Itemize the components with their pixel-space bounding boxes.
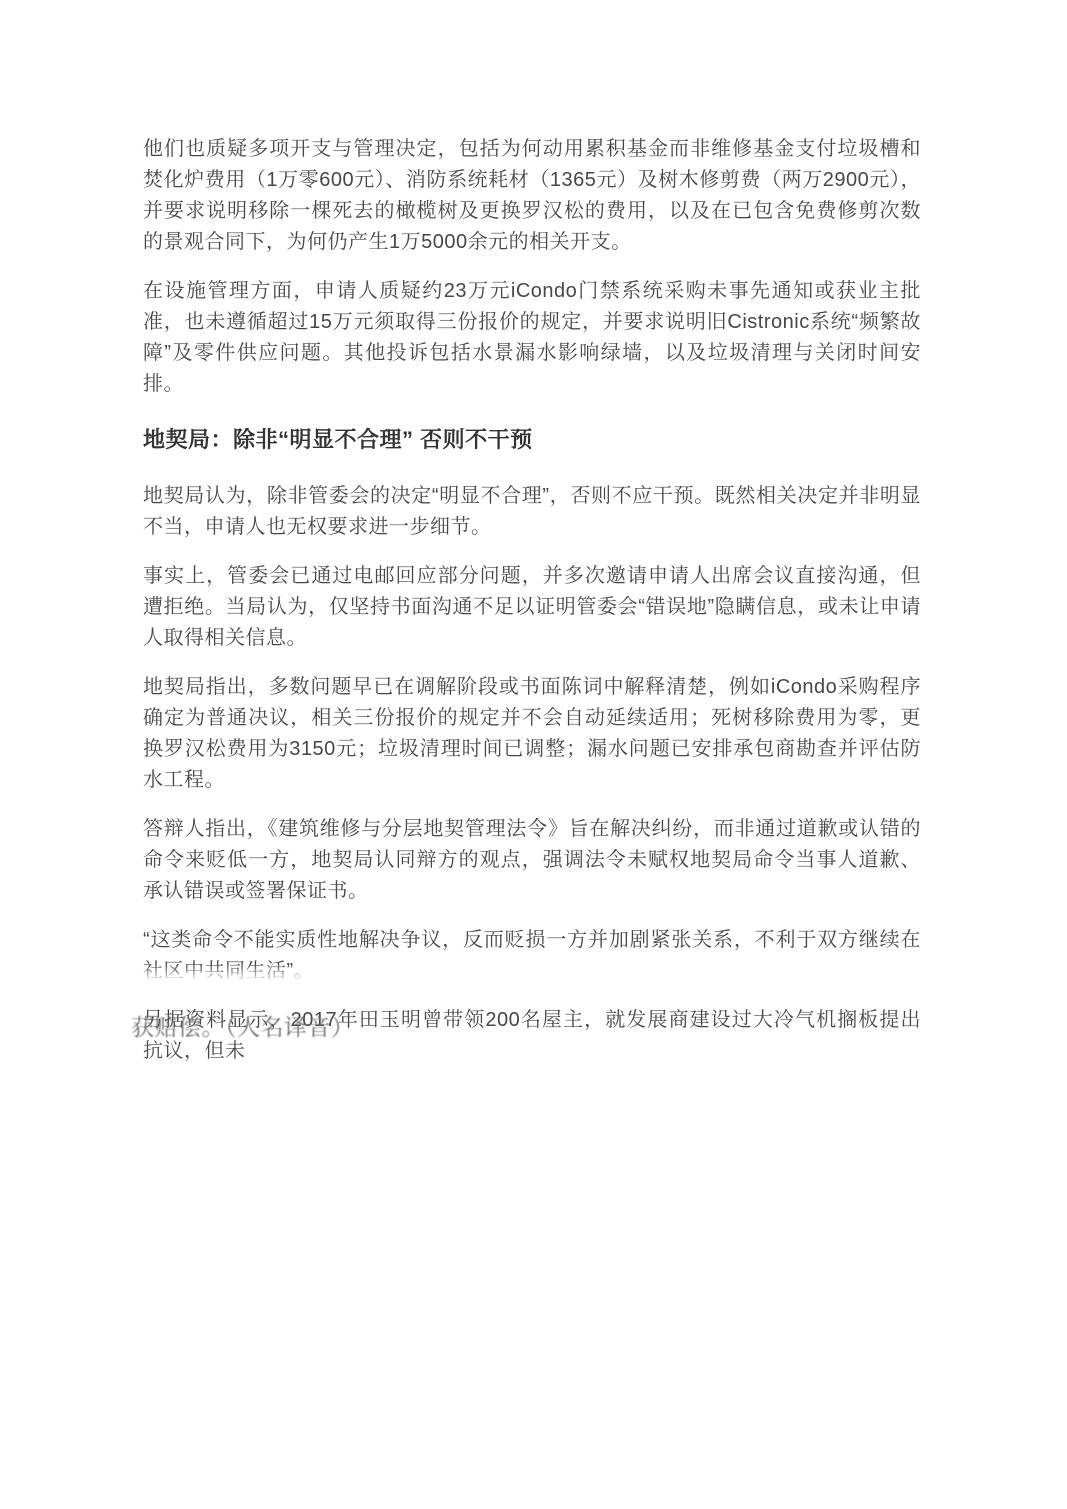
paragraph-expense-questions: 他们也质疑多项开支与管理决定，包括为何动用累积基金而非维修基金支付垃圾槽和焚化炉… — [143, 134, 921, 258]
article-page: 他们也质疑多项开支与管理决定，包括为何动用累积基金而非维修基金支付垃圾槽和焚化炉… — [0, 0, 1067, 1509]
paragraph-quote: “这类命令不能实质性地解决争议，反而贬损一方并加剧紧张关系，不利于双方继续在社区… — [143, 925, 921, 987]
paragraph-respondent-view: 答辩人指出，《建筑维修与分层地契管理法令》旨在解决纠纷，而非通过道歉或认错的命令… — [143, 814, 921, 907]
trailing-text: 获赔偿。（人名译音） — [131, 1010, 355, 1044]
paragraph-facility-management: 在设施管理方面，申请人质疑约23万元iCondo门禁系统采购未事先通知或获业主批… — [143, 276, 921, 400]
section-heading: 地契局：除非“明显不合理” 否则不干预 — [143, 424, 921, 455]
paragraph-clarifications: 地契局指出，多数问题早已在调解阶段或书面陈词中解释清楚，例如iCondo采购程序… — [143, 672, 921, 796]
article-content: 他们也质疑多项开支与管理决定，包括为何动用累积基金而非维修基金支付垃圾槽和焚化炉… — [143, 134, 921, 1085]
paragraph-authority-position: 地契局认为，除非管委会的决定“明显不合理”，否则不应干预。既然相关决定并非明显不… — [143, 481, 921, 543]
paragraph-communication: 事实上，管委会已通过电邮回应部分问题，并多次邀请申请人出席会议直接沟通，但遭拒绝… — [143, 561, 921, 654]
